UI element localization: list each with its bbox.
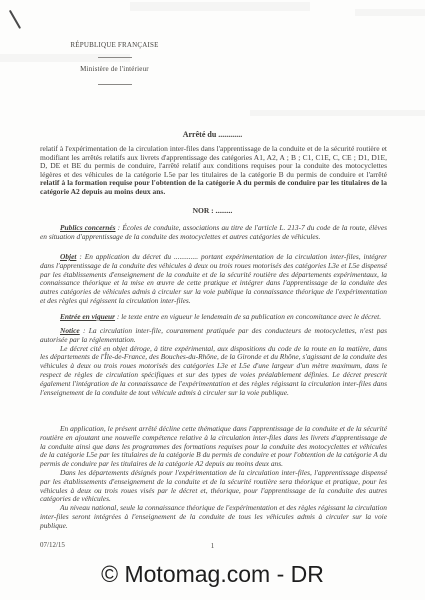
section-objet: Objet : En application du décret du ....…: [40, 253, 387, 306]
letterhead: RÉPUBLIQUE FRANÇAISE Ministère de l'inté…: [52, 41, 177, 85]
scan-artifact: [355, 9, 425, 16]
intro-paragraph: relatif à l'expérimentation de la circul…: [40, 145, 387, 197]
section-label: Notice: [60, 326, 80, 335]
section-label: Publics concernés: [60, 223, 116, 232]
document-title: Arrêté du ............: [0, 130, 425, 139]
pen-mark: [9, 10, 21, 29]
scan-artifact: [130, 2, 310, 11]
section-paragraph: Notice : La circulation inter-file, cour…: [40, 327, 387, 345]
section-entree-en-vigueur: Entrée en vigueur : le texte entre en vi…: [40, 313, 387, 322]
nor-reference: NOR : .........: [0, 206, 425, 215]
section-text: le texte entre en vigueur le lendemain d…: [121, 312, 381, 321]
scan-artifact: [250, 110, 425, 116]
copyright-caption: © Motomag.com - DR: [0, 561, 425, 587]
section-publics-concernes: Publics concernés : Écoles de conduite, …: [40, 224, 387, 242]
section-paragraph: Le décret cité en objet déroge, à titre …: [40, 345, 387, 398]
application-paragraph: Dans les départements désignés pour l'ex…: [40, 469, 387, 504]
section-notice: Notice : La circulation inter-file, cour…: [40, 327, 387, 397]
section-paragraph: Entrée en vigueur : le texte entre en vi…: [40, 313, 387, 322]
intro-text: relatif à l'expérimentation de la circul…: [40, 144, 387, 179]
intro-text-bold: relatif à la formation requise pour l'ob…: [40, 178, 387, 196]
divider: [98, 57, 132, 58]
ministry-title: Ministère de l'intérieur: [52, 65, 177, 73]
divider: [98, 84, 132, 85]
section-text: En application du décret du ............…: [40, 252, 387, 305]
document-scan: RÉPUBLIQUE FRANÇAISE Ministère de l'inté…: [0, 0, 425, 600]
section-paragraph: Objet : En application du décret du ....…: [40, 253, 387, 306]
application-paragraph: En application, le présent arrêté déclin…: [40, 425, 387, 469]
application-paragraph: Au niveau national, seule la connaissanc…: [40, 504, 387, 530]
republic-title: RÉPUBLIQUE FRANÇAISE: [52, 41, 177, 49]
section-text: La circulation inter-file, couramment pr…: [40, 326, 387, 344]
section-label: Objet: [60, 252, 76, 261]
section-paragraph: Publics concernés : Écoles de conduite, …: [40, 224, 387, 242]
section-label: Entrée en vigueur: [60, 312, 115, 321]
section-separator: :: [80, 326, 89, 335]
section-separator: :: [76, 252, 84, 261]
page-number: 1: [0, 542, 425, 550]
scanned-document-page: { "colors": { "ink": "#3f3d3a", "caption…: [0, 0, 425, 600]
application-paragraphs: En application, le présent arrêté déclin…: [40, 425, 387, 531]
